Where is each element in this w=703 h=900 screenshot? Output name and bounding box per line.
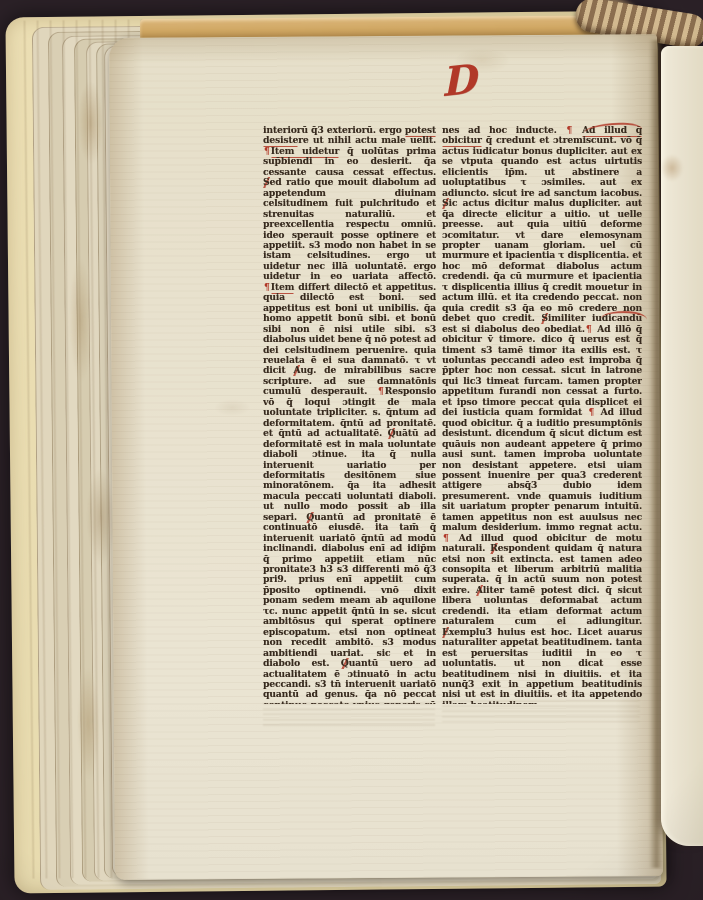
text-column-right: nes ad hoc inducte. ¶ Ad illud q̄ obicit… [442, 126, 642, 704]
incunable-book-photo: D interiorū q̄3 exteriorū. ergo potest d… [0, 0, 703, 900]
facing-page-stain [657, 150, 687, 186]
rubric-initial-d: D [436, 55, 488, 111]
text-column-left: interiorū q̄3 exteriorū. ergo potest des… [263, 126, 436, 704]
